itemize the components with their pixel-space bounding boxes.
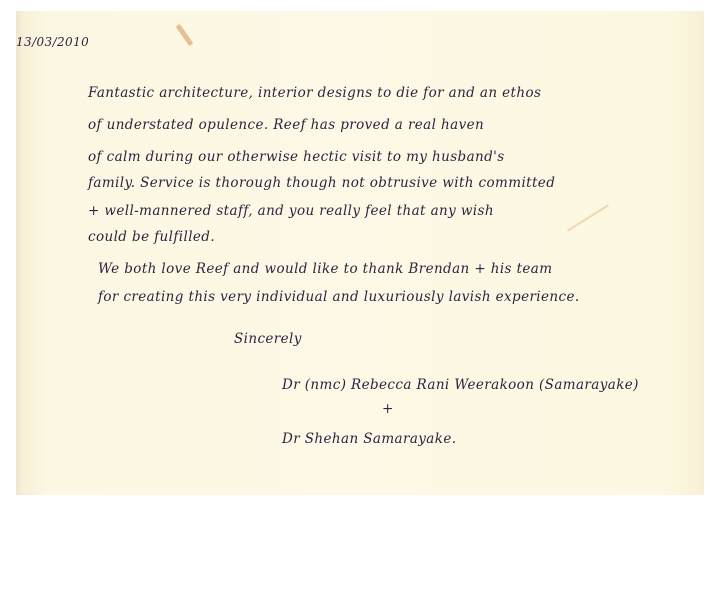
text-line: + well-mannered staff, and you really fe… [88,203,494,219]
closing: Sincerely [234,331,302,347]
signature-line: Dr Shehan Samarayake. [282,431,456,447]
signature-plus: + [382,401,394,417]
text-line: family. Service is thorough though not o… [88,175,555,191]
text-line: for creating this very individual and lu… [98,289,580,305]
text-line: of calm during our otherwise hectic visi… [88,149,505,165]
paper-stain [176,24,194,47]
paper-stain-mark [567,204,609,231]
text-line: could be fulfilled. [88,229,215,245]
signature-line: Dr (nmc) Rebecca Rani Weerakoon (Samaray… [282,377,639,393]
guestbook-page: 13/03/2010 Fantastic architecture, inter… [16,11,704,495]
text-line: We both love Reef and would like to than… [98,261,552,277]
note-date: 13/03/2010 [16,35,89,49]
text-line: Fantastic architecture, interior designs… [88,85,541,101]
text-line: of understated opulence. Reef has proved… [88,117,484,133]
